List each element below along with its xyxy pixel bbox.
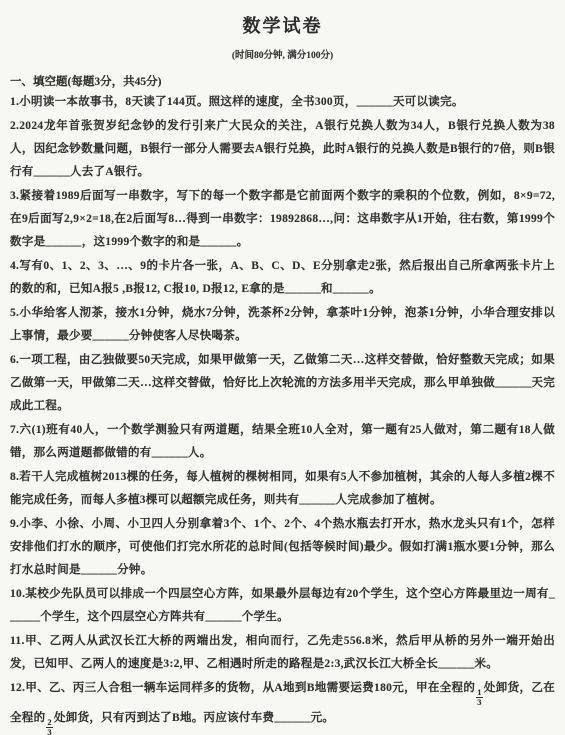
question-text: 8.若干人完成植树2013棵的任务，每人植树的棵树相同，如果有5人不参加植树，其… (10, 466, 555, 512)
question-text: 2.2024龙年首张贺岁纪念钞的发行引来广大民众的关注，A银行兑换人数为34人，… (10, 115, 555, 184)
questions-list: 1.小明读一本故事书，8天读了144页。照这样的速度，全书300页，______… (10, 91, 555, 735)
fraction: 23 (46, 718, 53, 735)
section-header: 一、填空题(每题3分，共45分) (10, 73, 555, 89)
question-text: 10.某校少先队员可以排成一个四层空心方阵，如果最外层每边有20个学生，这个空心… (10, 583, 555, 629)
question-text: 7.六(1)班有40人，一个数学测验只有两道题，结果全班10人全对，第一题有25… (10, 419, 555, 465)
exam-paper: 数学试卷 (时间80分钟, 满分100分) 一、填空题(每题3分，共45分) 1… (0, 0, 565, 735)
question-text: 3.紧接着1989后面写一串数字，写下的每一个数字都是它前面两个数字的乘积的个位… (10, 185, 555, 254)
question-text: 11.甲、乙两人从武汉长江大桥的两端出发，相向而行，乙先走556.8米，然后甲从… (10, 630, 555, 676)
question-text: 5.小华给客人沏茶，接水1分钟，烧水7分钟，洗茶杯2分钟，拿茶叶1分钟，泡茶1分… (10, 302, 555, 348)
fraction: 13 (476, 688, 483, 707)
question-text: 4.写有0、1、2、3、…、9的卡片各一张，A、B、C、D、E分别拿走2张，然后… (10, 255, 555, 301)
question-text: 9.小李、小徐、小周、小卫四人分别拿着3个、1个、2个、4个热水瓶去打开水，热水… (10, 513, 555, 582)
question-text: 12.甲、乙、丙三人合租一辆车运同样多的货物，从A地到B地需要运费180元，甲在… (10, 677, 555, 735)
page-title: 数学试卷 (10, 12, 555, 38)
page-subtitle: (时间80分钟, 满分100分) (10, 47, 555, 61)
question-text: 1.小明读一本故事书，8天读了144页。照这样的速度，全书300页，______… (10, 91, 555, 114)
question-text: 6.一项工程，由乙独做要50天完成，如果甲做第一天，乙做第二天…这样交替做，恰好… (10, 349, 555, 418)
